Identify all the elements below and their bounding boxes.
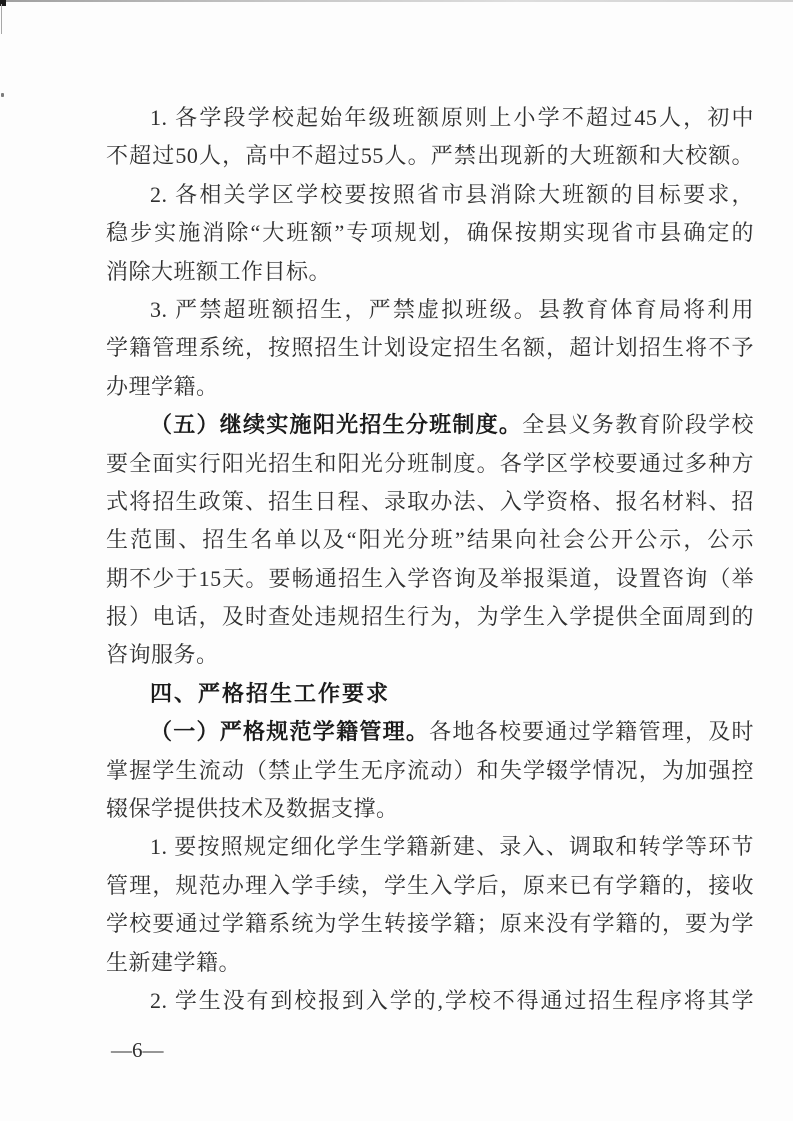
body-text: 1. 要按照规定细化学生学籍新建、录入、调取和转学等环节: [150, 834, 754, 859]
text-line: 式将招生政策、招生日程、录取办法、入学资格、报名材料、招: [106, 483, 754, 521]
text-line: 咨询服务。: [106, 636, 754, 674]
heading-text: 四、严格招生工作要求: [150, 681, 390, 706]
body-text: 要全面实行阳光招生和阳光分班制度。各学区学校要通过多种方: [106, 451, 754, 476]
text-line: 辍保学提供技术及数据支撑。: [106, 790, 754, 828]
text-line: 稳步实施消除“大班额”专项规划，确保按期实现省市县确定的: [106, 214, 754, 252]
body-text: 1. 各学段学校起始年级班额原则上小学不超过45人，初中: [150, 105, 754, 130]
scanned-document-page: 1. 各学段学校起始年级班额原则上小学不超过45人，初中不超过50人，高中不超过…: [0, 0, 793, 1121]
body-text: 不超过50人，高中不超过55人。严禁出现新的大班额和大校额。: [106, 143, 754, 168]
body-text: 稳步实施消除“大班额”专项规划，确保按期实现省市县确定的: [106, 220, 754, 245]
text-line: 2. 学生没有到校报到入学的,学校不得通过招生程序将其学: [106, 982, 754, 1020]
text-line: 生新建学籍。: [106, 944, 754, 982]
body-text: 学校要通过学籍系统为学生转接学籍；原来没有学籍的，要为学: [106, 911, 754, 936]
body-text: 报）电话，及时查处违规招生行为，为学生入学提供全面周到的: [106, 604, 754, 629]
text-line: 2. 各相关学区学校要按照省市县消除大班额的目标要求，: [106, 176, 754, 214]
document-lines: 1. 各学段学校起始年级班额原则上小学不超过45人，初中不超过50人，高中不超过…: [106, 99, 754, 1020]
body-text: 掌握学生流动（禁止学生无序流动）和失学辍学情况，为加强控: [106, 758, 754, 783]
heading-text: （五）继续实施阳光招生分班制度。: [150, 412, 522, 437]
body-text: 全县义务教育阶段学校: [522, 412, 754, 437]
text-line: 学籍管理系统，按照招生计划设定招生名额，超计划招生将不予: [106, 329, 754, 367]
document-body: 1. 各学段学校起始年级班额原则上小学不超过45人，初中不超过50人，高中不超过…: [106, 99, 754, 1020]
text-line: 1. 要按照规定细化学生学籍新建、录入、调取和转学等环节: [106, 828, 754, 866]
body-text: 2. 各相关学区学校要按照省市县消除大班额的目标要求，: [150, 182, 754, 207]
scan-streak-artifact: [1, 4, 2, 34]
text-line: 要全面实行阳光招生和阳光分班制度。各学区学校要通过多种方: [106, 445, 754, 483]
body-text: 消除大班额工作目标。: [106, 259, 331, 284]
body-text: 咨询服务。: [106, 642, 219, 667]
body-text: 生新建学籍。: [106, 950, 241, 975]
scan-edge-artifact: [0, 0, 793, 2]
body-text: 各地各校要通过学籍管理，及时: [429, 719, 754, 744]
text-line: 期不少于15天。要畅通招生入学咨询及举报渠道，设置咨询（举: [106, 560, 754, 598]
text-line: 办理学籍。: [106, 368, 754, 406]
body-text: 办理学籍。: [106, 374, 219, 399]
body-text: 学籍管理系统，按照招生计划设定招生名额，超计划招生将不予: [106, 335, 754, 360]
text-line: 报）电话，及时查处违规招生行为，为学生入学提供全面周到的: [106, 598, 754, 636]
body-text: 管理，规范办理入学手续，学生入学后，原来已有学籍的，接收: [106, 873, 754, 898]
text-line: 四、严格招生工作要求: [106, 675, 754, 713]
text-line: 生范围、招生名单以及“阳光分班”结果向社会公开公示，公示: [106, 521, 754, 559]
body-text: 3. 严禁超班额招生，严禁虚拟班级。县教育体育局将利用: [150, 297, 754, 322]
body-text: 生范围、招生名单以及“阳光分班”结果向社会公开公示，公示: [106, 527, 754, 552]
text-line: 3. 严禁超班额招生，严禁虚拟班级。县教育体育局将利用: [106, 291, 754, 329]
body-text: 式将招生政策、招生日程、录取办法、入学资格、报名材料、招: [106, 489, 754, 514]
text-line: 不超过50人，高中不超过55人。严禁出现新的大班额和大校额。: [106, 137, 754, 175]
text-line: 学校要通过学籍系统为学生转接学籍；原来没有学籍的，要为学: [106, 905, 754, 943]
text-line: （五）继续实施阳光招生分班制度。全县义务教育阶段学校: [106, 406, 754, 444]
heading-text: （一）严格规范学籍管理。: [150, 719, 429, 744]
text-line: 1. 各学段学校起始年级班额原则上小学不超过45人，初中: [106, 99, 754, 137]
text-line: 管理，规范办理入学手续，学生入学后，原来已有学籍的，接收: [106, 867, 754, 905]
text-line: 消除大班额工作目标。: [106, 253, 754, 291]
body-text: 辍保学提供技术及数据支撑。: [106, 796, 399, 821]
body-text: 期不少于15天。要畅通招生入学咨询及举报渠道，设置咨询（举: [106, 566, 754, 591]
text-line: 掌握学生流动（禁止学生无序流动）和失学辍学情况，为加强控: [106, 752, 754, 790]
scan-speck-artifact: [1, 93, 4, 97]
body-text: 2. 学生没有到校报到入学的,学校不得通过招生程序将其学: [150, 988, 754, 1013]
page-number: —6—: [111, 1038, 164, 1062]
text-line: （一）严格规范学籍管理。各地各校要通过学籍管理，及时: [106, 713, 754, 751]
